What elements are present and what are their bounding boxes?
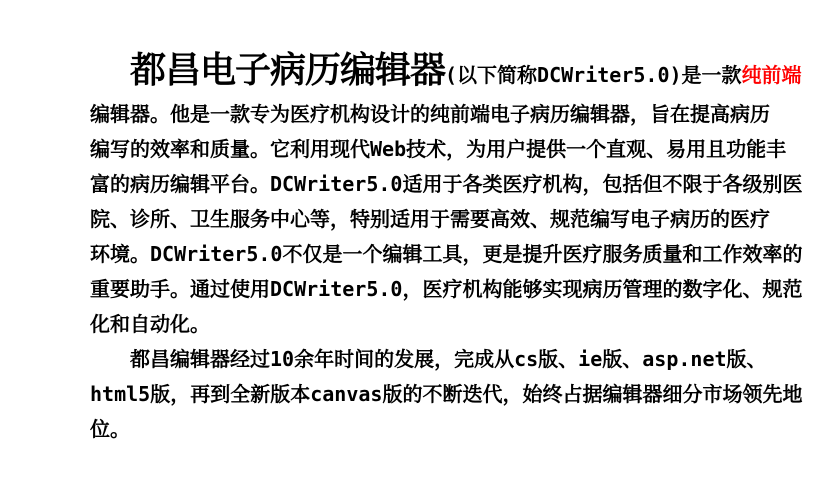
paragraph-line: 化和自动化。 bbox=[90, 307, 767, 342]
paragraph-line: 都昌编辑器经过10余年时间的发展，完成从cs版、ie版、asp.net版、 bbox=[90, 342, 767, 377]
paragraph-line: 环境。DCWriter5.0不仅是一个编辑工具，更是提升医疗服务质量和工作效率的 bbox=[90, 237, 767, 272]
paragraph-line: 院、诊所、卫生服务中心等，特别适用于需要高效、规范编写电子病历的医疗 bbox=[90, 202, 767, 237]
intro-paragraph: 都昌电子病历编辑器(以下简称DCWriter5.0)是一款纯前端 编辑器。他是一… bbox=[90, 49, 767, 342]
heading-line: 都昌电子病历编辑器(以下简称DCWriter5.0)是一款纯前端 bbox=[90, 49, 767, 97]
paragraph-line: 编写的效率和质量。它利用现代Web技术，为用户提供一个直观、易用且功能丰 bbox=[90, 132, 767, 167]
paragraph-line: 重要助手。通过使用DCWriter5.0，医疗机构能够实现病历管理的数字化、规范 bbox=[90, 272, 767, 307]
document-title-suffix: (以下简称DCWriter5.0)是一款 bbox=[445, 63, 742, 87]
paragraph-line: 位。 bbox=[90, 412, 767, 447]
document-page: 都昌电子病历编辑器(以下简称DCWriter5.0)是一款纯前端 编辑器。他是一… bbox=[0, 0, 825, 480]
highlighted-phrase: 纯前端 bbox=[742, 63, 802, 87]
paragraph-line: 编辑器。他是一款专为医疗机构设计的纯前端电子病历编辑器，旨在提高病历 bbox=[90, 97, 767, 132]
document-title: 都昌电子病历编辑器 bbox=[130, 50, 445, 91]
history-paragraph: 都昌编辑器经过10余年时间的发展，完成从cs版、ie版、asp.net版、 ht… bbox=[90, 342, 767, 447]
paragraph-line: 富的病历编辑平台。DCWriter5.0适用于各类医疗机构，包括但不限于各级别医 bbox=[90, 167, 767, 202]
paragraph-line: html5版，再到全新版本canvas版的不断迭代，始终占据编辑器细分市场领先地 bbox=[90, 377, 767, 412]
